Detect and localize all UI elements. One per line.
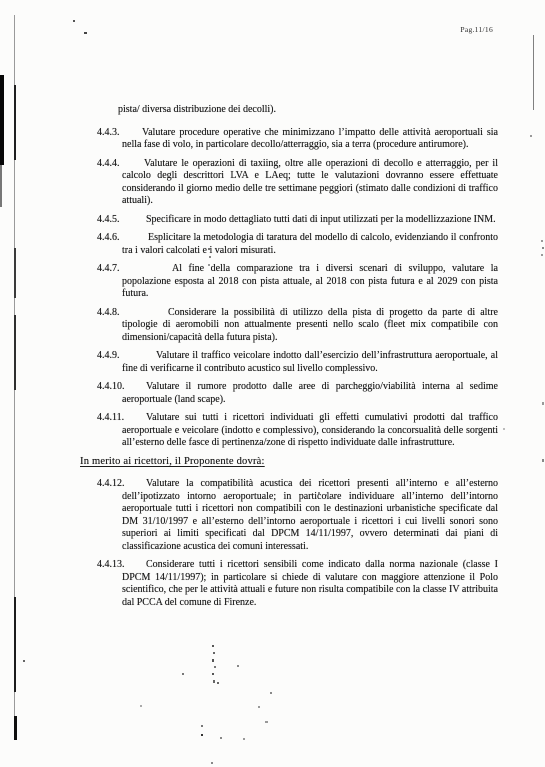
list-item: 4.4.4.Valutare le operazioni di taxiing,… — [122, 158, 498, 208]
item-text: Valutare sui tutti i ricettori individua… — [122, 412, 498, 450]
scan-speck — [213, 652, 215, 654]
item-number: 4.4.5. — [97, 214, 120, 227]
scan-speck — [542, 459, 544, 462]
scan-speck — [23, 660, 25, 662]
scan-speck — [237, 665, 239, 667]
list-item: 4.4.13.Considerare tutti i ricettori sen… — [122, 559, 498, 609]
section-heading: In merito ai ricettori, il Proponente do… — [80, 456, 498, 469]
list-item: 4.4.7.Al fine della comparazione tra i d… — [122, 263, 498, 301]
body-text-line: pista/ diversa distribuzione dei decolli… — [118, 104, 498, 117]
item-number: 4.4.13. — [97, 559, 125, 572]
document-body: pista/ diversa distribuzione dei decolli… — [122, 104, 498, 615]
numbered-list: 4.4.3.Valutare procedure operative che m… — [122, 127, 498, 450]
list-item: 4.4.12.Valutare la compatibilità acustic… — [122, 478, 498, 553]
item-number: 4.4.9. — [97, 350, 120, 363]
scan-speck — [542, 402, 544, 405]
scan-speck — [217, 682, 219, 684]
scan-speck — [258, 706, 260, 708]
item-text: Valutare il rumore prodotto dalle aree d… — [122, 381, 498, 406]
item-text: Considerare tutti i ricettori sensibili … — [122, 559, 498, 609]
list-item: 4.4.11.Valutare sui tutti i ricettori in… — [122, 412, 498, 450]
scan-speck — [212, 645, 214, 647]
scan-speck — [243, 738, 245, 740]
list-item: 4.4.3.Valutare procedure operative che m… — [122, 127, 498, 152]
scan-speck — [140, 705, 142, 707]
item-number: 4.4.10. — [97, 381, 125, 394]
list-item: 4.4.8.Considerare la possibilità di util… — [122, 307, 498, 345]
scan-speck — [214, 666, 216, 668]
list-item: 4.4.9.Valutare il traffico veicolare ind… — [122, 350, 498, 375]
scan-line-left — [14, 15, 15, 740]
scan-speck — [270, 692, 272, 694]
scan-line-left-dark-segment — [14, 716, 17, 740]
list-item: 4.4.5.Specificare in modo dettagliato tu… — [122, 214, 498, 227]
item-number: 4.4.8. — [97, 307, 120, 320]
scan-speck — [73, 20, 75, 22]
item-text: Valutare il traffico veicolare indotto d… — [122, 350, 498, 375]
scan-speck — [541, 254, 543, 256]
scan-speck — [212, 673, 214, 675]
numbered-list-receptors: 4.4.12.Valutare la compatibilità acustic… — [122, 478, 498, 609]
scan-speck — [201, 725, 203, 727]
item-number: 4.4.3. — [97, 127, 120, 140]
scan-line-left-dark-segment — [14, 315, 16, 390]
scan-strip-left-edge — [0, 75, 4, 165]
scan-speck — [212, 659, 214, 662]
item-text: Specificare in modo dettagliato tutti da… — [122, 214, 498, 227]
scan-speck — [213, 680, 215, 683]
scan-line-left-dark-segment — [14, 248, 16, 298]
item-text: Esplicitare la metodologia di taratura d… — [122, 232, 498, 257]
item-text: Valutare la compatibilità acustica dei r… — [122, 478, 498, 553]
list-item: 4.4.6.Esplicitare la metodologia di tara… — [122, 232, 498, 257]
scan-speck — [201, 734, 203, 736]
item-text: Al fine della comparazione tra i diversi… — [122, 263, 498, 301]
item-number: 4.4.7. — [97, 263, 120, 276]
scan-speck — [542, 247, 544, 249]
scan-speck — [265, 721, 268, 723]
page-number: Pag.11/16 — [460, 25, 493, 34]
document-page: Pag.11/16 pista/ diversa distribuzione d… — [0, 0, 545, 767]
list-item: 4.4.10.Valutare il rumore prodotto dalle… — [122, 381, 498, 406]
scan-line-left-dark-segment — [14, 85, 16, 160]
scan-strip-left-edge — [0, 165, 2, 207]
scan-speck — [541, 240, 543, 242]
item-number: 4.4.11. — [97, 412, 124, 425]
item-number: 4.4.12. — [97, 478, 125, 491]
scan-speck — [503, 428, 505, 430]
scan-speck — [530, 135, 532, 137]
scan-speck — [211, 762, 213, 764]
item-number: 4.4.4. — [97, 158, 120, 171]
scan-speck — [182, 673, 184, 675]
item-text: Considerare la possibilità di utilizzo d… — [122, 307, 498, 345]
scan-line-right — [533, 35, 534, 110]
item-number: 4.4.6. — [97, 232, 120, 245]
scan-speck — [84, 32, 87, 34]
scan-line-left-dark-segment — [14, 597, 16, 692]
item-text: Valutare le operazioni di taxiing, oltre… — [122, 158, 498, 208]
item-text: Valutare procedure operative che minimiz… — [122, 127, 498, 152]
scan-speck — [220, 737, 222, 739]
